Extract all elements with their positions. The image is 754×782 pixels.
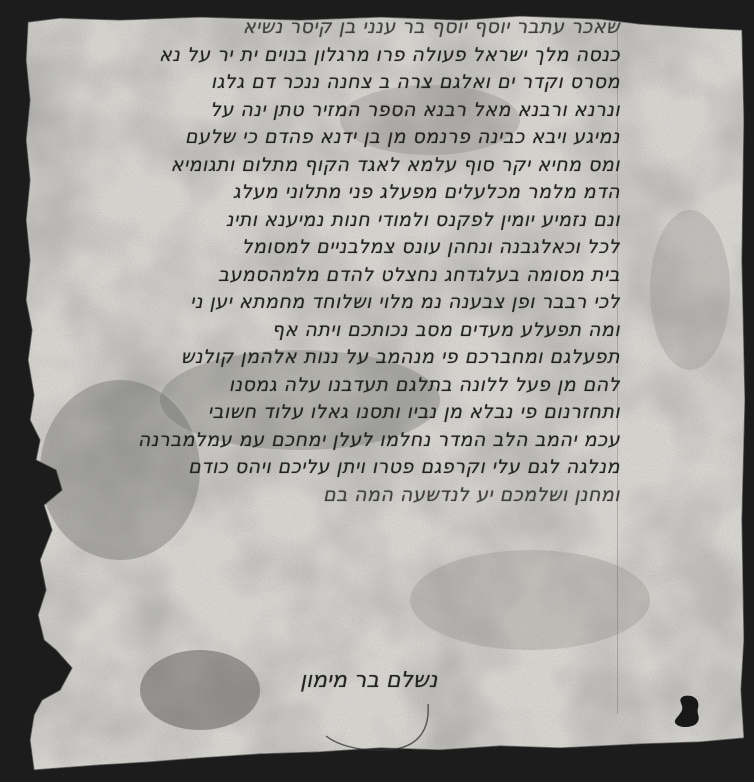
text-line: הדמ מלמר מכלעלים מפעלג פני מתלוני מעלג xyxy=(40,179,620,207)
text-line: מנלגה לגם עלי וקרפגם פטרו ויתן עליכם ויה… xyxy=(40,454,620,482)
ink-blot xyxy=(672,694,706,730)
signature: נשלם בר מימון xyxy=(300,668,437,693)
text-line: ותחזרנום פי נבלא מן נביו ותסנו גאלו עלוד… xyxy=(40,399,620,427)
text-line: כנסה מלך ישראל פעולה פרו מרגלון בנוים ית… xyxy=(40,42,620,70)
text-line: ונרנא ורבנא מאל רבנא הספר המזיר טתן ינה … xyxy=(40,97,620,125)
text-line: בית מסומה בעלגדחג נחצלט להדם מלמהסמעב xyxy=(40,262,620,290)
signature-flourish xyxy=(318,700,448,760)
text-line: ומס מחיא יקר סוף עלמא לאגד הקוף מתלום ות… xyxy=(40,152,620,180)
text-line: להם מן פעל ללונה בתלגם תעדבנו עלה גמסנו xyxy=(40,372,620,400)
text-line: לכי רבבר ופן צבענה נמ מלוי ושלוחד מחמתא … xyxy=(40,289,620,317)
text-line: ומה תפעלע מעדים מסב נכותכם ויתה אף xyxy=(40,317,620,345)
text-line: שאכר עתבר יוסף יוסף בר ענני בן קיסר נשיא xyxy=(40,14,620,42)
text-line: ומחנן ושלמכם יע לנדשעה המה בם xyxy=(40,482,620,510)
text-line: לכל וכאלגבנה ונחהן עונס צמלבניים למסומל xyxy=(40,234,620,262)
text-line: תפעלגם ומחברכם פי מנהמב על ננות אלהמן קו… xyxy=(40,344,620,372)
manuscript-page: שאכר עתבר יוסף יוסף בר ענני בן קיסר נשיא… xyxy=(0,0,754,782)
manuscript-text: שאכר עתבר יוסף יוסף בר ענני בן קיסר נשיא… xyxy=(40,14,620,509)
text-line: נמיגע ויבא כבינה פרנמס מן בן ידנא פהדם כ… xyxy=(40,124,620,152)
text-line: ונם נזמיע יומין לפקנס ולמודי חנות נמיענא… xyxy=(40,207,620,235)
text-line: מסרס וקדר ים ואלגם צרה ב צחנה ננכר דם גל… xyxy=(40,69,620,97)
text-line: עכמ יהמב הלב המדר נחלמו לעלן ימחכם עמ עמ… xyxy=(40,427,620,455)
